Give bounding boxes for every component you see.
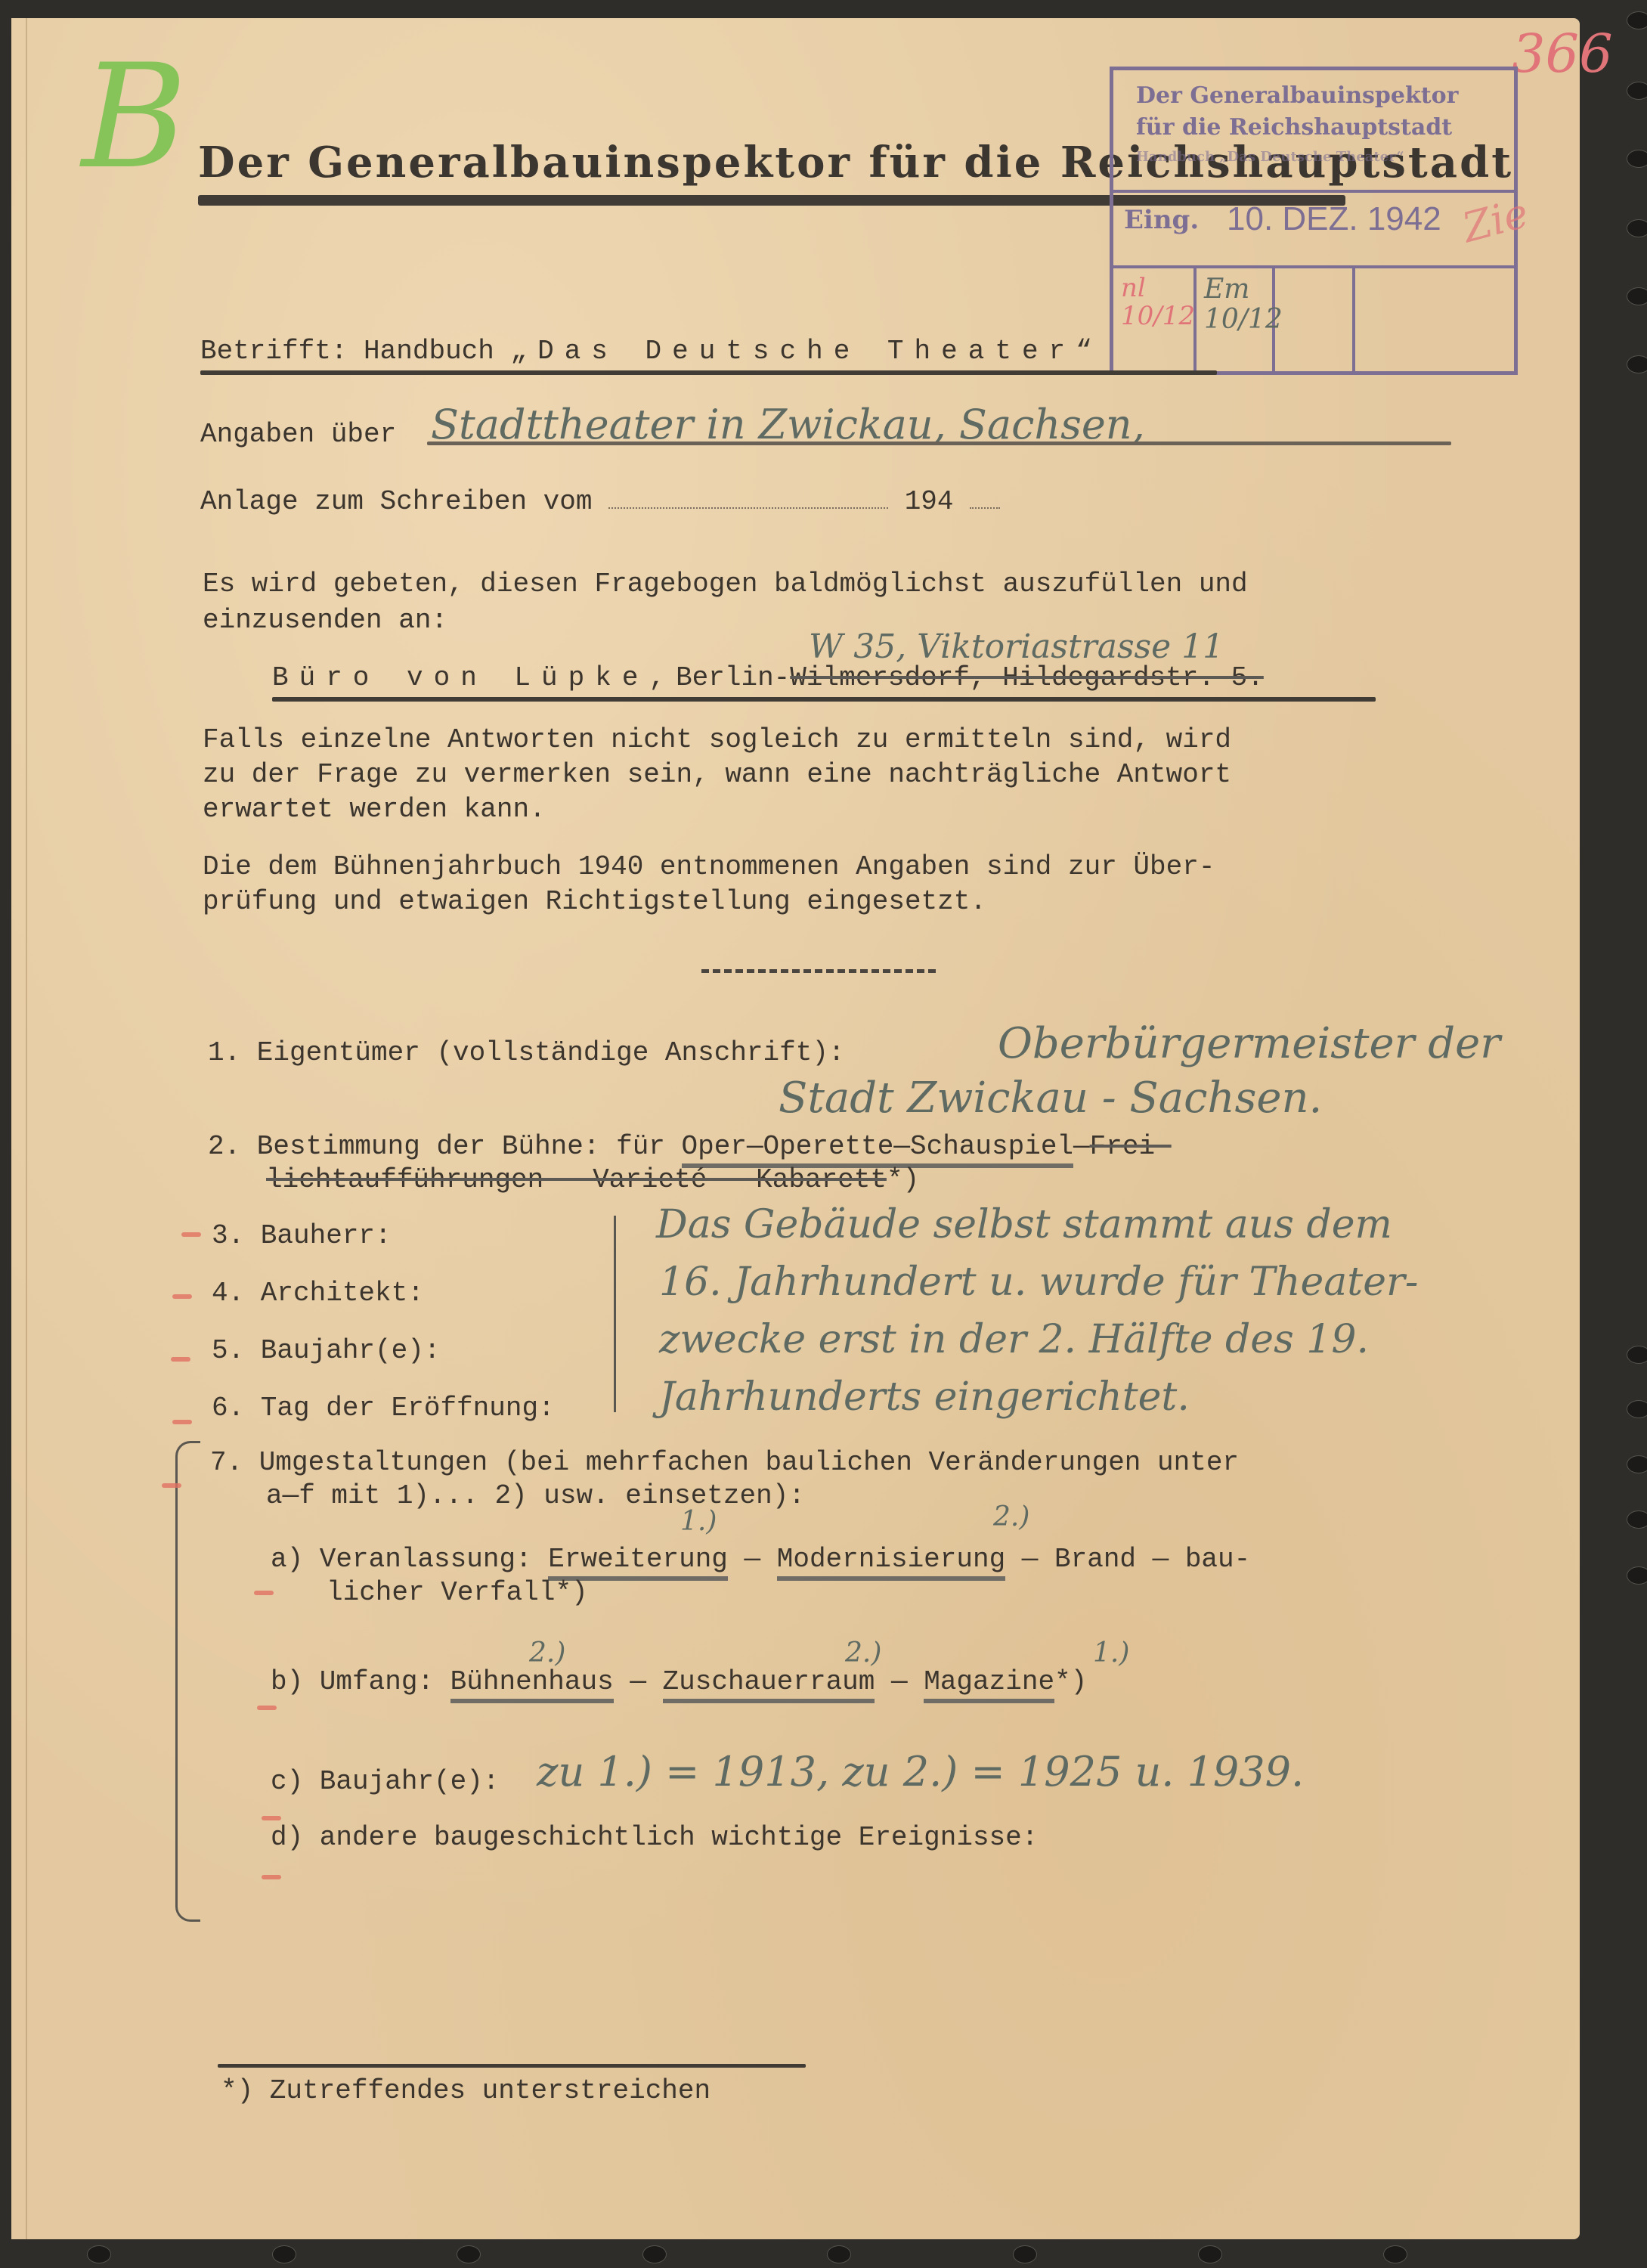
option-zuschauerraum[interactable]: Zuschauerraum bbox=[663, 1666, 875, 1703]
address-correction: W 35, Viktoriastrasse 11 bbox=[809, 627, 1224, 666]
option-oper[interactable]: Oper bbox=[682, 1131, 747, 1168]
question-7a-line1: a) Veranlassung: Erweiterung — Modernisi… bbox=[271, 1544, 1250, 1575]
question-4-label: 4. Architekt: bbox=[212, 1278, 424, 1309]
option-modernisierung[interactable]: Modernisierung bbox=[777, 1544, 1005, 1581]
stamp-line-3: Handbuch „Das Deutsche Theater“ bbox=[1136, 149, 1404, 165]
question-3-label: 3. Bauherr: bbox=[212, 1220, 392, 1251]
instructions-para3-line2: prüfung und etwaigen Richtigstellung ein… bbox=[203, 886, 986, 917]
instructions-para2-line1: Falls einzelne Antworten nicht sogleich … bbox=[203, 724, 1231, 755]
question-7c-label: c) Baujahr(e): bbox=[271, 1766, 499, 1797]
question-6-label: 6. Tag der Eröffnung: bbox=[212, 1393, 555, 1424]
page-fold bbox=[26, 18, 27, 2239]
answer-brace bbox=[614, 1216, 630, 1412]
question-7d-label: d) andere baugeschichtlich wichtige Erei… bbox=[271, 1822, 1038, 1853]
question-7-line1: 7. Umgestaltungen (bei mehrfachen baulic… bbox=[210, 1447, 1239, 1478]
instructions-para2-line2: zu der Frage zu vermerken sein, wann ein… bbox=[203, 759, 1231, 790]
info-about-underline bbox=[427, 442, 1451, 445]
questions-3-6-answer-line3[interactable]: zwecke erst in der 2. Hälfte des 19. bbox=[659, 1317, 1369, 1362]
instructions-para2-line3: erwartet werden kann. bbox=[203, 794, 546, 825]
page-number: 366 bbox=[1512, 23, 1613, 85]
subject-underline bbox=[200, 370, 1217, 375]
stamp-line-2: für die Reichshauptstadt bbox=[1136, 114, 1452, 141]
subject-line: Betrifft: Handbuch „Das Deutsche Theater… bbox=[200, 336, 1103, 367]
stamp-received-label: Eing. bbox=[1124, 205, 1199, 235]
question-1-answer-line1[interactable]: Oberbürgermeister der bbox=[998, 1019, 1500, 1068]
footnote-rule bbox=[218, 2064, 806, 2068]
option-erweiterung[interactable]: Erweiterung bbox=[548, 1544, 728, 1581]
question-7-pencil-bracket bbox=[175, 1441, 200, 1922]
info-about-label: Angaben über bbox=[200, 419, 396, 450]
instructions-para1-line2: einzusenden an: bbox=[203, 605, 447, 636]
stamp-pencil-initials: Em 10/12 bbox=[1204, 274, 1272, 334]
questions-3-6-answer-line2[interactable]: 16. Jahrhundert u. wurde für Theater- bbox=[659, 1259, 1418, 1305]
stamp-red-initials: nl 10/12 bbox=[1121, 274, 1189, 331]
margin-mark-b: B bbox=[82, 45, 187, 189]
attachment-date-field[interactable] bbox=[608, 507, 888, 509]
questions-3-6-answer-line4[interactable]: Jahrhunderts eingerichtet. bbox=[659, 1374, 1190, 1420]
option-operette[interactable]: Operette bbox=[763, 1131, 894, 1168]
question-1-answer-line2[interactable]: Stadt Zwickau - Sachsen. bbox=[779, 1074, 1322, 1123]
stamp-received-date: 10. DEZ. 1942 bbox=[1227, 200, 1441, 238]
struck-options: lichtaufführungen — Varieté — Kabarett bbox=[266, 1164, 887, 1195]
questions-3-6-answer-line1[interactable]: Das Gebäude selbst stammt aus dem bbox=[656, 1202, 1392, 1247]
mark-zuschauerraum: 2.) bbox=[845, 1637, 881, 1668]
question-2-line1: 2. Bestimmung der Bühne: für Oper—Operet… bbox=[208, 1131, 1172, 1162]
question-1-label: 1. Eigentümer (vollständige Anschrift): bbox=[208, 1037, 845, 1068]
option-frei-struck: Frei- bbox=[1090, 1131, 1172, 1162]
instructions-para3-line1: Die dem Bühnenjahrbuch 1940 entnommenen … bbox=[203, 851, 1215, 882]
option-schauspiel[interactable]: Schauspiel bbox=[910, 1131, 1073, 1168]
option-magazine[interactable]: Magazine bbox=[924, 1666, 1054, 1703]
question-5-label: 5. Baujahr(e): bbox=[212, 1335, 440, 1366]
stamp-line-1: Der Generalbauinspektor bbox=[1136, 82, 1458, 109]
mark-magazine: 1.) bbox=[1093, 1637, 1129, 1668]
section-separator bbox=[701, 969, 936, 973]
mark-buehnenhaus: 2.) bbox=[529, 1637, 565, 1668]
address-underline bbox=[272, 697, 1376, 702]
mark-erweiterung: 1.) bbox=[680, 1506, 717, 1537]
struck-address: Wilmersdorf, Hildegardstr. 5. bbox=[790, 662, 1264, 693]
address-line: Büro von Lüpke,Berlin-Wilmersdorf, Hilde… bbox=[272, 662, 1264, 693]
mark-modernisierung: 2.) bbox=[993, 1501, 1029, 1532]
attachment-year-field[interactable] bbox=[970, 507, 1000, 509]
question-7-line2: a—f mit 1)... 2) usw. einsetzen): bbox=[266, 1480, 805, 1511]
received-stamp: Der Generalbauinspektor für die Reichsha… bbox=[1110, 67, 1518, 375]
question-7b-line: b) Umfang: Bühnenhaus — Zuschauerraum — … bbox=[271, 1666, 1087, 1697]
question-7a-line2: licher Verfall*) bbox=[327, 1577, 588, 1608]
instructions-para1-line1: Es wird gebeten, diesen Fragebogen baldm… bbox=[203, 569, 1248, 600]
question-7c-answer[interactable]: zu 1.) = 1913, zu 2.) = 1925 u. 1939. bbox=[537, 1748, 1304, 1795]
option-buehnenhaus[interactable]: Bühnenhaus bbox=[450, 1666, 614, 1703]
question-2-line2: lichtaufführungen — Varieté — Kabarett*) bbox=[266, 1164, 919, 1195]
footnote: *) Zutreffendes unterstreichen bbox=[221, 2075, 711, 2106]
attachment-line: Anlage zum Schreiben vom 194 bbox=[200, 486, 1000, 517]
subject-title: „Das Deutsche Theater“ bbox=[510, 336, 1102, 367]
